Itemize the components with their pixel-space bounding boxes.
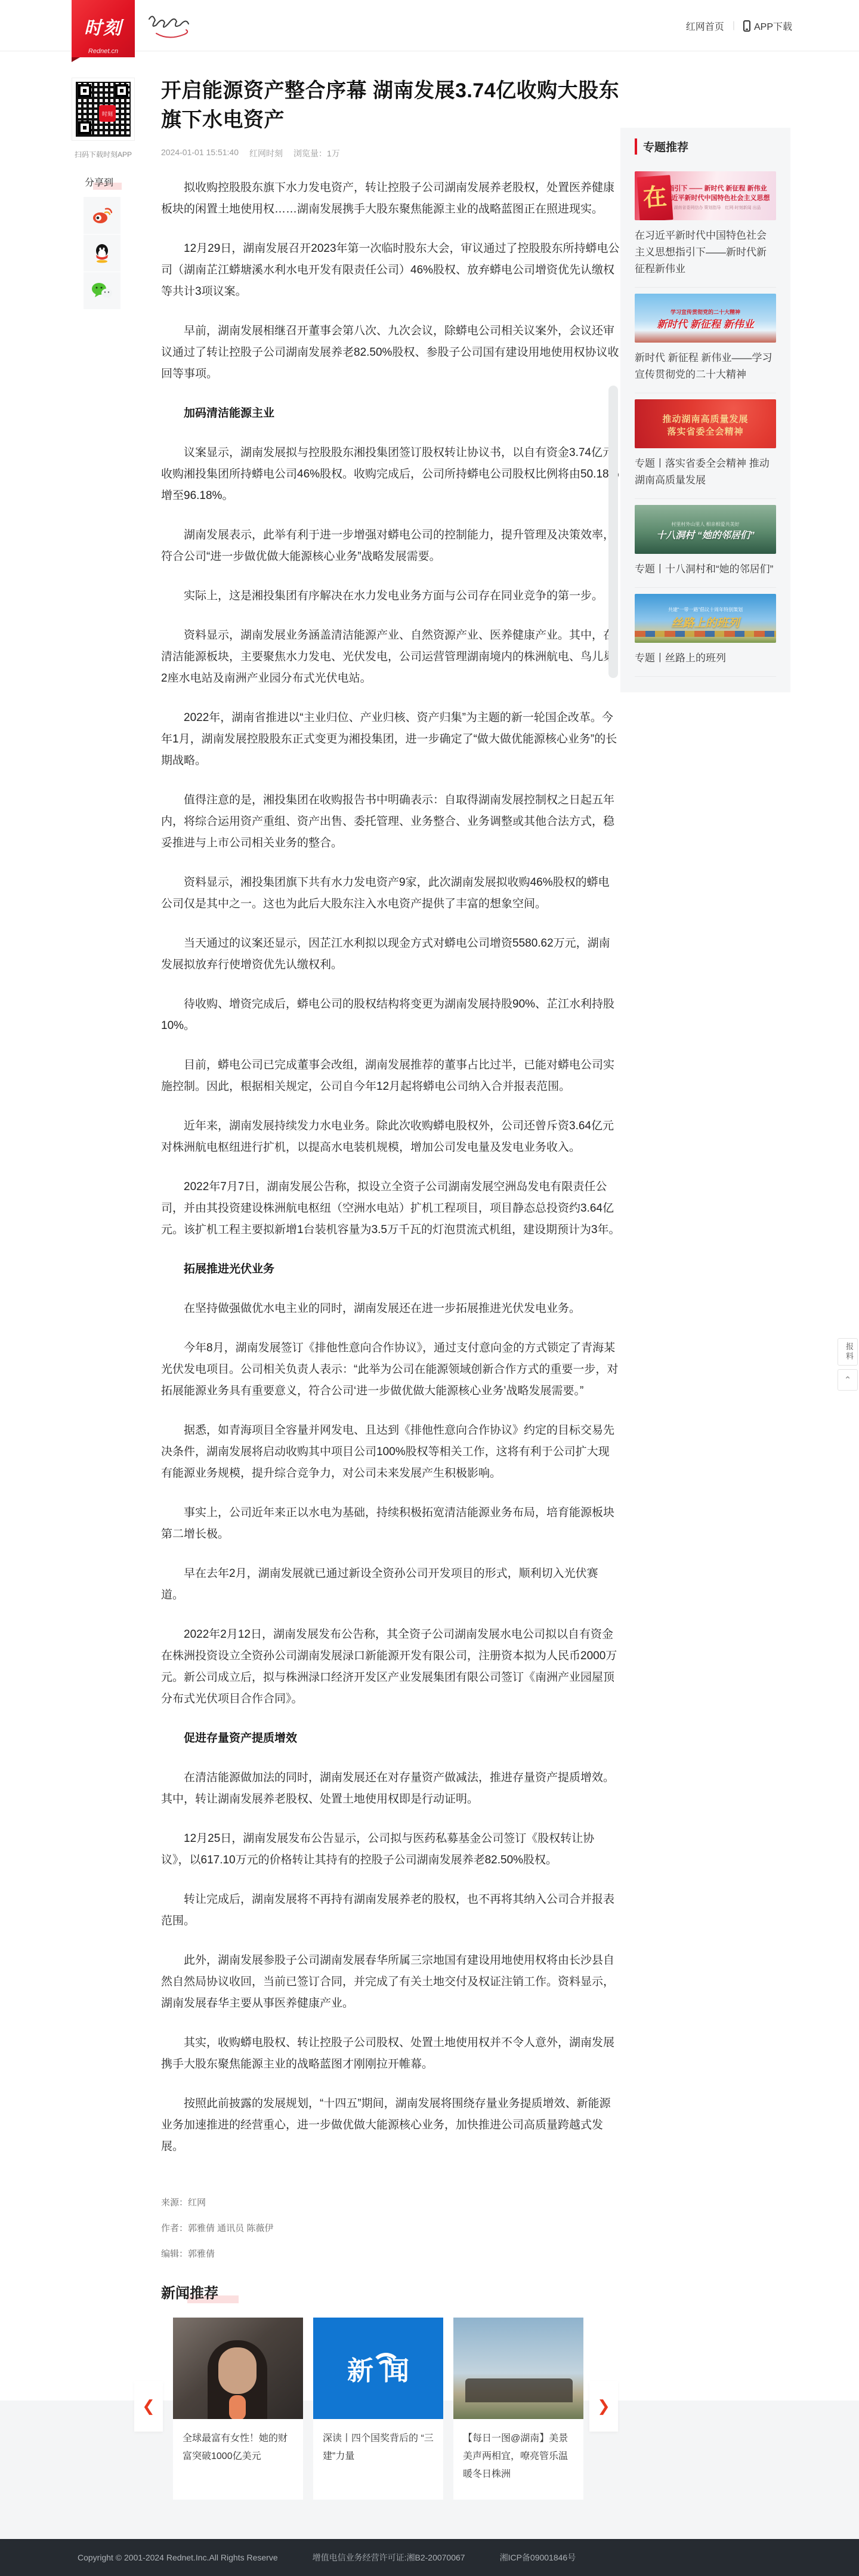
topic-caption: 专题丨丝路上的班列 (635, 650, 776, 667)
qr-center-logo: 时刻 (99, 105, 116, 122)
topic-caption: 专题丨十八洞村和“她的邻居们” (635, 561, 776, 578)
topic-caption: 在习近平新时代中国特色社会主义思想指引下——新时代新征程新伟业 (635, 227, 776, 278)
carousel-next-button[interactable]: ❯ (589, 2381, 618, 2432)
news-card[interactable]: 新 闻 深读丨四个国奖背后的 “三建”力量 (313, 2318, 443, 2500)
article-paragraph: 拟收购控股股东旗下水力发电资产，转让控股子公司湖南发展养老股权，处置医养健康板块… (161, 177, 620, 220)
article-paragraph: 其实，收购蟒电股权、转让控股子公司股权、处置土地使用权并不令人意外，湖南发展携手… (161, 2032, 620, 2075)
qr-caption: 扫码下载时刻APP (72, 149, 135, 159)
news-cards: 全球最富有女性！她的财富突破1000亿美元 新 闻 深读丨四个国奖背后的 “三建… (173, 2318, 859, 2500)
article-paragraph: 事实上，公司近年来正以水电为基础，持续积极拓宽清洁能源业务布局，培育能源板块第二… (161, 1502, 620, 1545)
news-card[interactable]: 【每日一图@湖南】美景美声两相宜，嘹亮管乐温暖冬日株洲 (453, 2318, 583, 2500)
article-paragraph: 今年8月，湖南发展签订《排他性意向合作协议》，通过支付意向金的方式锁定了青海某光… (161, 1338, 620, 1402)
article-paragraph: 湖南发展表示，此举有利于进一步增强对蟒电公司的控制能力，提升管理及决策效率，符合… (161, 525, 620, 568)
article-paragraph: 在坚持做强做优水电主业的同时，湖南发展还在进一步拓展推进光伏发电业务。 (161, 1298, 620, 1320)
article-paragraph: 此外，湖南发展参股子公司湖南发展春华所属三宗地国有建设用地使用权将由长沙县自然自… (161, 1950, 620, 2014)
article-paragraph: 实际上，这是湘投集团有序解决在水力发电业务方面与公司存在同业竞争的第一步。 (161, 586, 620, 607)
logo-title: 时刻 (72, 0, 135, 39)
page: 时刻 Rednet.cn 红网首页 | APP下载 时刻 扫码下载时刻APP (0, 0, 859, 2576)
article-paragraph: 在清洁能源做加法的同时，湖南发展还在对存量资产做减法，推进存量资产提质增效。其中… (161, 1767, 620, 1810)
article-paragraph: 早在去年2月，湖南发展就已通过新设全资孙公司开发项目的形式，顺利切入光伏赛道。 (161, 1563, 620, 1606)
news-tip-button[interactable]: 报料 (838, 1338, 858, 1366)
article-paragraph: 待收购、增资完成后，蟒电公司的股权结构将变更为湖南发展持股90%、芷江水利持股1… (161, 994, 620, 1037)
topic-banner-image: 学习宣传贯彻党的二十大精神 新时代 新征程 新伟业 (635, 294, 776, 343)
share-label: 分享到 (85, 175, 113, 189)
site-logo[interactable]: 时刻 Rednet.cn (72, 0, 135, 57)
sidebar-topic-item[interactable]: 共建“一带一路”倡议十周年特别策划 丝路上的班列 专题丨丝路上的班列 (635, 588, 776, 677)
news-thumbnail-image: 新 闻 (313, 2318, 443, 2419)
footer-icp: 湘ICP备09001846号 (500, 2552, 576, 2563)
article-paragraph: 拓展推进光伏业务 (161, 1259, 620, 1280)
news-recommend-title: 新闻推荐 (161, 2281, 218, 2302)
topic-caption: 专题丨落实省委全会精神 推动湖南高质量发展 (635, 455, 776, 489)
nav-divider: | (733, 20, 735, 31)
article-paragraph: 加码清洁能源主业 (161, 403, 620, 424)
left-rail: 时刻 扫码下载时刻APP 分享到 (72, 78, 135, 310)
site-header: 时刻 Rednet.cn 红网首页 | APP下载 (0, 0, 859, 51)
article-paragraph: 值得注意的是，湘投集团在收购报告书中明确表示：自取得湖南发展控制权之日起五年内，… (161, 790, 620, 854)
topic-banner-image: 推动湖南高质量发展 落实省委全会精神 (635, 399, 776, 448)
news-card-caption: 【每日一图@湖南】美景美声两相宜，嘹亮管乐温暖冬日株洲 (453, 2419, 583, 2500)
qr-pattern: 时刻 (76, 82, 131, 137)
phone-icon (743, 20, 750, 32)
article-paragraph: 资料显示，湖南发展业务涵盖清洁能源产业、自然资源产业、医养健康产业。其中，在清洁… (161, 625, 620, 689)
news-card-caption: 深读丨四个国奖背后的 “三建”力量 (313, 2419, 443, 2491)
article-paragraph: 12月25日，湖南发展发布公告显示，公司拟与医药私募基金公司签订《股权转让协议》… (161, 1828, 620, 1871)
article-paragraph: 据悉，如青海项目全容量并网发电、且达到《排他性意向合作协议》约定的目标交易先决条… (161, 1420, 620, 1484)
logo-subtitle: Rednet.cn (72, 48, 135, 55)
topic-banner-image: 共建“一带一路”倡议十周年特别策划 丝路上的班列 (635, 594, 776, 643)
sidebar-topic-item[interactable]: 指引下 —— 新时代 新征程 新伟业 习近平新时代中国特色社会主义思想 湖南省委… (635, 165, 776, 288)
share-list (84, 197, 135, 309)
article-paragraph: 议案显示，湖南发展拟与控股股东湘投集团签订股权转让协议书，以自有资金3.74亿元… (161, 442, 620, 507)
footer-license: 增值电信业务经营许可证:湘B2-20070067 (313, 2552, 465, 2563)
article: 开启能源资产整合序幕 湖南发展3.74亿收购大股东旗下水电资产 2024-01-… (161, 76, 620, 2260)
article-date: 2024-01-01 15:51:40 (161, 147, 239, 159)
topic-banner-image: 指引下 —— 新时代 新征程 新伟业 习近平新时代中国特色社会主义思想 湖南省委… (635, 171, 776, 220)
sidebar-topic-item[interactable]: 村里村外山里人 相亲相爱共美好 十八洞村 “她的邻居们” 专题丨十八洞村和“她的… (635, 499, 776, 588)
article-editor: 编辑：郭雅倩 (161, 2247, 620, 2260)
topic-caption: 新时代 新征程 新伟业——学习宣传贯彻党的二十大精神 (635, 350, 776, 383)
sidebar-title: 专题推荐 (635, 138, 776, 155)
sidebar-topic-item[interactable]: 学习宣传贯彻党的二十大精神 新时代 新征程 新伟业 新时代 新征程 新伟业——学… (635, 288, 776, 393)
article-footmeta: 来源：红网 作者：郭雅倩 通讯员 陈薇伊 编辑：郭雅倩 (161, 2196, 620, 2260)
news-card[interactable]: 全球最富有女性！她的财富突破1000亿美元 (173, 2318, 303, 2500)
main-wrapper: 时刻 扫码下载时刻APP 分享到 (0, 51, 859, 2260)
wechat-share-icon[interactable] (84, 272, 120, 309)
article-source: 来源：红网 (161, 2196, 620, 2208)
article-paragraph: 近年来，湖南发展持续发力水电业务。除此次收购蟒电股权外，公司还曾斥资3.64亿元… (161, 1116, 620, 1158)
topic-banner-image: 村里村外山里人 相亲相爱共美好 十八洞村 “她的邻居们” (635, 505, 776, 554)
news-card-caption: 全球最富有女性！她的财富突破1000亿美元 (173, 2419, 303, 2491)
nav-home-link[interactable]: 红网首页 (686, 19, 724, 33)
floating-tools: 报料 ⌃ (838, 1338, 858, 1394)
site-footer: Copyright © 2001-2024 Rednet.Inc.All Rig… (0, 2539, 859, 2576)
article-paragraph: 当天通过的议案还显示，因芷江水利拟以现金方式对蟒电公司增资5580.62万元，湖… (161, 933, 620, 976)
carousel-prev-button[interactable]: ❮ (134, 2381, 163, 2432)
article-title: 开启能源资产整合序幕 湖南发展3.74亿收购大股东旗下水电资产 (161, 76, 620, 135)
article-paragraph: 转让完成后，湖南发展将不再持有湖南发展养老的股权，也不再将其纳入公司合并报表范围… (161, 1889, 620, 1932)
calligraphy-signature-icon (144, 11, 202, 47)
footer-copyright: Copyright © 2001-2024 Rednet.Inc.All Rig… (78, 2553, 278, 2562)
back-to-top-button[interactable]: ⌃ (838, 1369, 858, 1391)
article-paragraph: 2022年，湖南省推进以“主业归位、产业归核、资产归集”为主题的新一轮国企改革。… (161, 707, 620, 772)
article-paragraph: 促进存量资产提质增效 (161, 1728, 620, 1749)
news-thumbnail-image (173, 2318, 303, 2419)
article-paragraph: 2022年2月12日，湖南发展发布公告称，其全资子公司湖南发展水电公司拟以自有资… (161, 1624, 620, 1710)
article-paragraph: 早前，湖南发展相继召开董事会第八次、九次会议，除蟒电公司相关议案外，会议还审议通… (161, 321, 620, 385)
sidebar-topics: 专题推荐 指引下 —— 新时代 新征程 新伟业 习近平新时代中国特色社会主义思想… (620, 128, 790, 692)
news-thumbnail-image (453, 2318, 583, 2419)
article-meta: 2024-01-01 15:51:40 红网时刻 浏览量：1万 (161, 147, 620, 159)
weibo-share-icon[interactable] (84, 197, 120, 234)
article-paragraph: 按照此前披露的发展规划，“十四五”期间，湖南发展将围绕存量业务提质增效、新能源业… (161, 2093, 620, 2158)
article-paragraph: 资料显示，湘投集团旗下共有水力发电资产9家，此次湖南发展拟收购46%股权的蟒电公… (161, 872, 620, 915)
nav-app-download-link[interactable]: APP下载 (743, 19, 792, 33)
article-scrollbar[interactable] (608, 386, 618, 678)
article-paragraph: 12月29日，湖南发展召开2023年第一次临时股东大会，审议通过了控股股东所持蟒… (161, 238, 620, 303)
news-recommend-section: 新闻推荐 ❮ ❯ 全球最富有女性！她的财富突破1000亿美元 新 (0, 2281, 859, 2539)
article-author: 作者：郭雅倩 通讯员 陈薇伊 (161, 2221, 620, 2234)
qr-code: 时刻 (72, 78, 135, 141)
qq-share-icon[interactable] (84, 235, 120, 272)
header-nav: 红网首页 | APP下载 (686, 0, 792, 51)
article-body: 拟收购控股股东旗下水力发电资产，转让控股子公司湖南发展养老股权，处置医养健康板块… (161, 177, 620, 2158)
article-paragraph: 目前，蟒电公司已完成董事会改组，湖南发展推荐的董事占比过半，已能对蟒电公司实施控… (161, 1055, 620, 1098)
sidebar-topic-item[interactable]: 推动湖南高质量发展 落实省委全会精神 专题丨落实省委全会精神 推动湖南高质量发展 (635, 393, 776, 499)
article-paragraph: 2022年7月7日，湖南发展公告称，拟设立全资子公司湖南发展空洲岛发电有限责任公… (161, 1176, 620, 1241)
article-views: 浏览量：1万 (293, 147, 340, 159)
article-source-tag: 红网时刻 (249, 147, 283, 159)
